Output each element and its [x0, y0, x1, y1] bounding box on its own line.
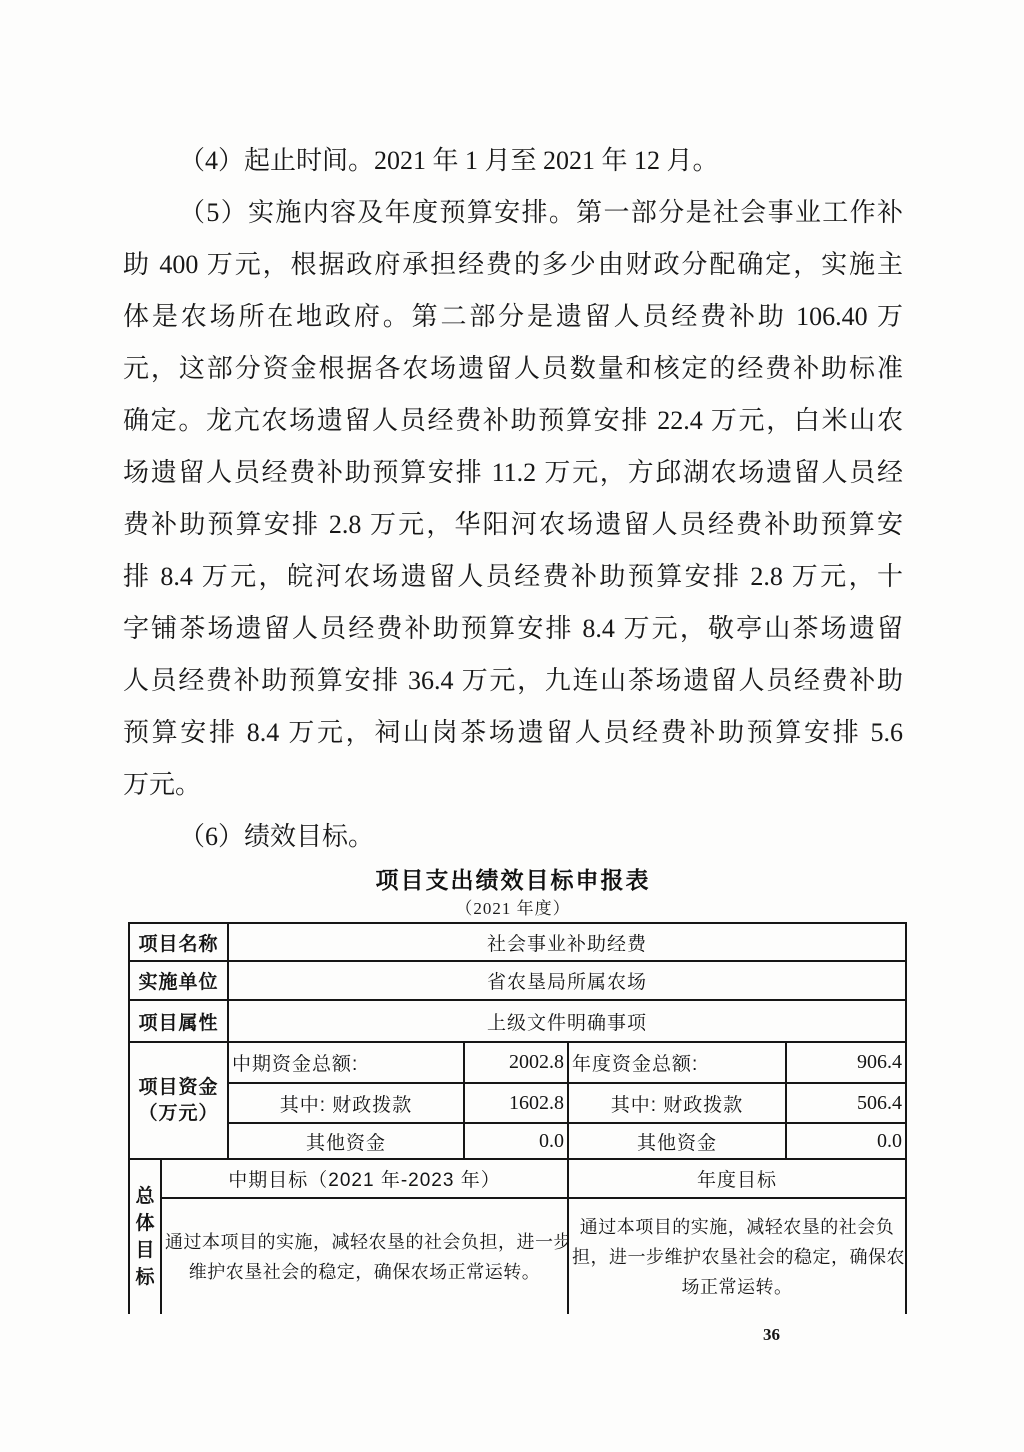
- project-name-label: 项目名称: [129, 923, 228, 961]
- page-number: 36: [763, 1325, 780, 1345]
- table-subtitle: （2021 年度）: [123, 897, 903, 921]
- body-line: 确定。龙亢农场遗留人员经费补助预算安排 22.4 万元，白米山农: [123, 395, 903, 447]
- annual-goal-line: 担，进一步维护农垦社会的稳定，确保农: [572, 1242, 902, 1272]
- body-line: 助 400 万元，根据政府承担经费的多少由财政分配确定，实施主: [123, 239, 903, 291]
- annual-goal-line: 通过本项目的实施，减轻农垦的社会负: [572, 1212, 902, 1242]
- body-line: 元，这部分资金根据各农场遗留人员数量和核定的经费补助标准: [123, 343, 903, 395]
- table-title: 项目支出绩效目标申报表: [123, 863, 903, 897]
- annual-total-label: 年度资金总额:: [568, 1042, 786, 1083]
- annual-other-label: 其他资金: [568, 1123, 786, 1159]
- midterm-total-value: 2002.8: [464, 1042, 568, 1083]
- project-attribute-label: 项目属性: [129, 1000, 228, 1042]
- midterm-goal-header: 中期目标（2021 年-2023 年）: [161, 1159, 568, 1198]
- midterm-other-value: 0.0: [464, 1123, 568, 1159]
- document-content: （4）起止时间。2021 年 1 月至 2021 年 12 月。 （5）实施内容…: [123, 135, 903, 1314]
- annual-other-value: 0.0: [786, 1123, 906, 1159]
- overall-goal-label: 总体目标: [135, 1183, 156, 1291]
- table-row: 总体目标 中期目标（2021 年-2023 年） 年度目标: [129, 1159, 906, 1198]
- body-line: 费补助预算安排 2.8 万元，华阳河农场遗留人员经费补助预算安: [123, 499, 903, 551]
- midterm-fiscal-label: 其中: 财政拨款: [228, 1083, 464, 1123]
- project-funds-label-line2: （万元）: [133, 1101, 224, 1127]
- body-line: （4）起止时间。2021 年 1 月至 2021 年 12 月。: [123, 135, 903, 187]
- body-line: 场遗留人员经费补助预算安排 11.2 万元，方邱湖农场遗留人员经: [123, 447, 903, 499]
- midterm-goal-line: 通过本项目的实施，减轻农垦的社会负担，进一步: [165, 1227, 564, 1257]
- annual-total-value: 906.4: [786, 1042, 906, 1083]
- body-line: （6）绩效目标。: [123, 811, 903, 863]
- body-line: 排 8.4 万元，皖河农场遗留人员经费补助预算安排 2.8 万元，十: [123, 551, 903, 603]
- annual-goal-line: 场正常运转。: [572, 1272, 902, 1302]
- performance-target-table: 项目名称 社会事业补助经费 实施单位 省农垦局所属农场 项目属性 上级文件明确事…: [128, 922, 907, 1314]
- overall-goal-label-cell: 总体目标: [129, 1159, 161, 1314]
- project-funds-label: 项目资金 （万元）: [129, 1042, 228, 1159]
- table-row: 其中: 财政拨款 1602.8 其中: 财政拨款 506.4: [129, 1083, 906, 1123]
- implementing-unit-label: 实施单位: [129, 961, 228, 1000]
- table-row: 项目属性 上级文件明确事项: [129, 1000, 906, 1042]
- annual-fiscal-value: 506.4: [786, 1083, 906, 1123]
- table-row: 项目资金 （万元） 中期资金总额: 2002.8 年度资金总额: 906.4: [129, 1042, 906, 1083]
- annual-goal-header: 年度目标: [568, 1159, 906, 1198]
- body-line: 万元。: [123, 759, 903, 811]
- document-page: { "document": { "body_lines": [ {"t": "（…: [0, 0, 1024, 1452]
- body-line: 预算安排 8.4 万元，祠山岗茶场遗留人员经费补助预算安排 5.6: [123, 707, 903, 759]
- project-attribute-value: 上级文件明确事项: [228, 1000, 906, 1042]
- midterm-other-label: 其他资金: [228, 1123, 464, 1159]
- midterm-fiscal-value: 1602.8: [464, 1083, 568, 1123]
- implementing-unit-value: 省农垦局所属农场: [228, 961, 906, 1000]
- table-row: 通过本项目的实施，减轻农垦的社会负担，进一步 维护农垦社会的稳定，确保农场正常运…: [129, 1198, 906, 1314]
- body-line: 体是农场所在地政府。第二部分是遗留人员经费补助 106.40 万: [123, 291, 903, 343]
- midterm-goal-line: 维护农垦社会的稳定，确保农场正常运转。: [165, 1257, 564, 1287]
- table-row: 其他资金 0.0 其他资金 0.0: [129, 1123, 906, 1159]
- body-line: 人员经费补助预算安排 36.4 万元，九连山茶场遗留人员经费补助: [123, 655, 903, 707]
- body-line: 字铺茶场遗留人员经费补助预算安排 8.4 万元，敬亭山茶场遗留: [123, 603, 903, 655]
- body-line: （5）实施内容及年度预算安排。第一部分是社会事业工作补: [123, 187, 903, 239]
- table-row: 实施单位 省农垦局所属农场: [129, 961, 906, 1000]
- project-funds-label-line1: 项目资金: [133, 1075, 224, 1101]
- midterm-total-label: 中期资金总额:: [228, 1042, 464, 1083]
- annual-fiscal-label: 其中: 财政拨款: [568, 1083, 786, 1123]
- annual-goal-text: 通过本项目的实施，减轻农垦的社会负 担，进一步维护农垦社会的稳定，确保农 场正常…: [568, 1198, 906, 1314]
- project-name-value: 社会事业补助经费: [228, 923, 906, 961]
- midterm-goal-text: 通过本项目的实施，减轻农垦的社会负担，进一步 维护农垦社会的稳定，确保农场正常运…: [161, 1198, 568, 1314]
- table-row: 项目名称 社会事业补助经费: [129, 923, 906, 961]
